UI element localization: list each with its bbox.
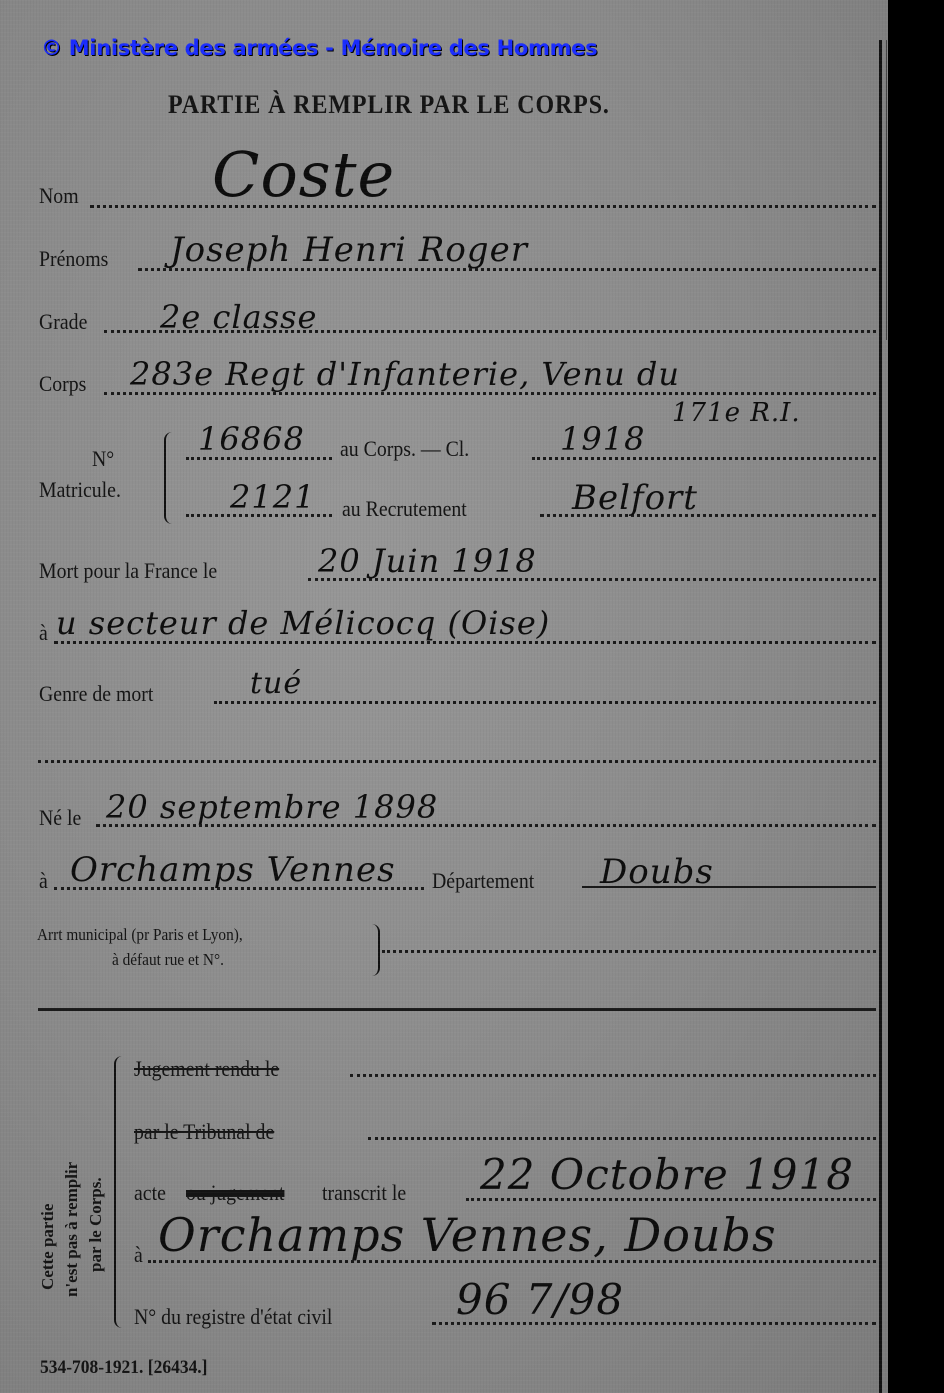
document-page: © Ministère des armées - Mémoire des Hom… [0, 0, 888, 1393]
recrutement-label: au Recrutement [342, 496, 467, 522]
acte-label-prefix: acte [134, 1180, 166, 1206]
corps-annotation: 171e R.I. [672, 398, 801, 428]
page-edge-rule [879, 40, 882, 1393]
genre-mort-line [214, 701, 876, 704]
registre-value: 96 7/98 [456, 1275, 624, 1324]
ne-a-label: à [39, 868, 48, 894]
grade-label: Grade [39, 309, 87, 335]
ne-a-value: Orchamps Vennes [70, 850, 396, 890]
matricule-recrutement-value: 2121 [230, 478, 315, 516]
arrondissement-brace [372, 924, 380, 976]
genre-mort-value: tué [250, 666, 302, 701]
copyright-watermark: © Ministère des armées - Mémoire des Hom… [41, 36, 597, 60]
page-edge-rule-inner [886, 40, 887, 340]
mort-le-value: 20 Juin 1918 [318, 542, 537, 580]
acte-a-label: à [134, 1242, 143, 1268]
nom-value: Coste [212, 138, 395, 211]
corps-label: Corps [39, 371, 86, 397]
matricule-brace [164, 432, 174, 524]
blank-line [38, 760, 876, 763]
prenoms-value: Joseph Henri Roger [170, 230, 528, 270]
registre-label: N° du registre d'état civil [134, 1304, 332, 1330]
tribunal-line [368, 1137, 876, 1140]
corps-value: 283e Regt d'Infanterie, Venu du [130, 355, 680, 393]
acte-label-struck: ou jugement [186, 1180, 284, 1206]
civil-section-side-note: Cette partie n'est pas à remplir par le … [38, 1112, 124, 1292]
mort-a-label: à [39, 620, 48, 646]
acte-value: 22 Octobre 1918 [480, 1150, 854, 1199]
arrondissement-line [382, 950, 876, 953]
arrondissement-label-line2: à défaut rue et N°. [112, 950, 224, 970]
grade-value: 2e classe [160, 298, 317, 336]
acte-a-value: Orchamps Vennes, Doubs [158, 1208, 777, 1262]
ne-le-value: 20 septembre 1898 [106, 788, 438, 826]
tribunal-label: par le Tribunal de [134, 1119, 274, 1145]
ne-le-label: Né le [39, 805, 81, 831]
departement-value: Doubs [600, 852, 714, 892]
classe-value: 1918 [560, 420, 645, 458]
arrondissement-label-line1: Arrt municipal (pr Paris et Lyon), [37, 925, 243, 945]
jugement-label: Jugement rendu le [134, 1056, 279, 1082]
print-reference: 534-708-1921. [26434.] [40, 1357, 207, 1379]
matricule-corps-value: 16868 [198, 420, 305, 458]
matricule-no-label: N° [92, 446, 114, 472]
departement-label: Département [432, 868, 534, 894]
jugement-line [350, 1074, 876, 1077]
form-header: PARTIE À REMPLIR PAR LE CORPS. [168, 90, 610, 120]
genre-mort-label: Genre de mort [39, 681, 153, 707]
prenoms-label: Prénoms [39, 246, 108, 272]
nom-label: Nom [39, 183, 79, 209]
mort-a-value: u secteur de Mélicocq (Oise) [56, 604, 550, 642]
mort-le-label: Mort pour la France le [39, 558, 217, 584]
nom-line [90, 205, 876, 208]
section-divider [38, 1008, 876, 1011]
acte-label-suffix: transcrit le [322, 1180, 406, 1206]
matricule-label: Matricule. [39, 477, 121, 503]
matricule-corps-label: au Corps. — Cl. [340, 436, 469, 462]
civil-section-brace [114, 1056, 124, 1328]
recrutement-place-value: Belfort [572, 478, 698, 518]
